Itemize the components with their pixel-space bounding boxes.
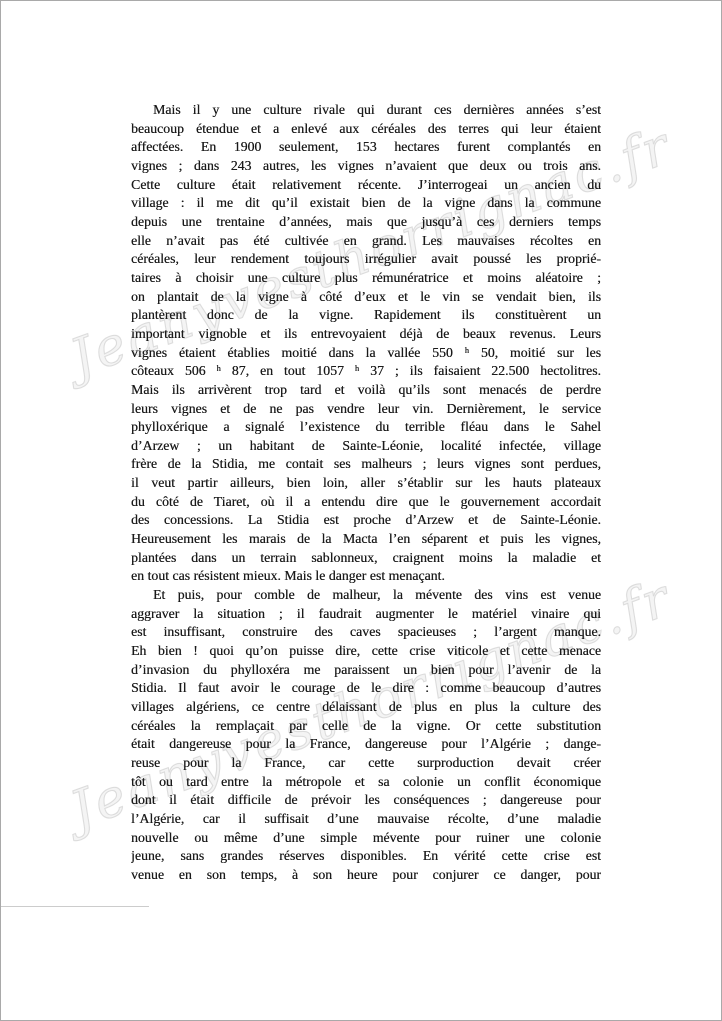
text-line: côteaux 506 ʰ 87, en tout 1057 ʰ 37 ; il… <box>131 362 601 381</box>
text-line: Cette culture était relativement récente… <box>131 176 601 195</box>
text-line: céréales la remplaçait par celle de la v… <box>131 717 601 736</box>
text-line: Mais ils arrivèrent trop tard et voilà q… <box>131 381 601 400</box>
text-line: était dangereuse pour la France, dangere… <box>131 735 601 754</box>
text-line: taires à choisir une culture plus rémuné… <box>131 269 601 288</box>
text-line: elle n’avait pas été cultivée en grand. … <box>131 232 601 251</box>
text-line: leurs vignes et de ne pas vendre leur vi… <box>131 400 601 419</box>
text-line: céréales, leur rendement toujours irrégu… <box>131 250 601 269</box>
text-line: villages algériens, ce centre délaissant… <box>131 698 601 717</box>
text-line: venue en son temps, à son heure pour con… <box>131 866 601 885</box>
text-line: vignes ; dans 243 autres, les vignes n’a… <box>131 157 601 176</box>
text-line: tôt ou tard entre la métropole et sa col… <box>131 773 601 792</box>
text-line: l’Algérie, car il suffisait d’une mauvai… <box>131 810 601 829</box>
text-line: important vignoble et ils entrevoyaient … <box>131 325 601 344</box>
text-line: Mais il y une culture rivale qui durant … <box>131 101 601 120</box>
text-line: Heureusement les marais de la Macta l’en… <box>131 530 601 549</box>
text-line: d’Arzew ; un habitant de Sainte-Léonie, … <box>131 437 601 456</box>
text-line: vignes étaient établies moitié dans la v… <box>131 344 601 363</box>
text-line: phylloxérique a signalé l’existence du t… <box>131 418 601 437</box>
text-line: frère de la Stidia, me contait ses malhe… <box>131 455 601 474</box>
text-line: aggraver la situation ; il faudrait augm… <box>131 605 601 624</box>
text-line: plantées dans un terrain sablonneux, cra… <box>131 549 601 568</box>
text-line: nouvelle ou même d’une simple mévente po… <box>131 829 601 848</box>
text-line: village : il me dit qu’il existait bien … <box>131 194 601 213</box>
text-line: beaucoup étendue et a enlevé aux céréale… <box>131 120 601 139</box>
text-line: depuis une trentaine d’années, mais que … <box>131 213 601 232</box>
scanned-book-page: Jeanyvesthorrignac.fr Jeanyvesthorrignac… <box>1 1 721 1020</box>
text-line: est insuffisant, construire des caves sp… <box>131 623 601 642</box>
text-line: on plantait de la vigne à côté d’eux et … <box>131 288 601 307</box>
text-line: d’invasion du phylloxéra me paraissent u… <box>131 661 601 680</box>
text-line: reuse pour la France, car cette surprodu… <box>131 754 601 773</box>
text-line: jeune, sans grandes réserves disponibles… <box>131 847 601 866</box>
text-line: Eh bien ! quoi qu’on puisse dire, cette … <box>131 642 601 661</box>
text-line: en tout cas résistent mieux. Mais le dan… <box>131 567 601 586</box>
text-line: dont il était difficile de prévoir les c… <box>131 791 601 810</box>
text-line: du côté de Tiaret, où il a entendu dire … <box>131 493 601 512</box>
scan-artifact-line <box>1 906 149 907</box>
text-line: des concessions. La Stidia est proche d’… <box>131 511 601 530</box>
text-line: Et puis, pour comble de malheur, la méve… <box>131 586 601 605</box>
text-line: plantèrent donc de la vigne. Rapidement … <box>131 306 601 325</box>
text-line: il veut partir ailleurs, bien loin, alle… <box>131 474 601 493</box>
text-block: Mais il y une culture rivale qui durant … <box>131 101 601 885</box>
text-line: Stidia. Il faut avoir le courage de le d… <box>131 679 601 698</box>
text-line: affectées. En 1900 seulement, 153 hectar… <box>131 138 601 157</box>
